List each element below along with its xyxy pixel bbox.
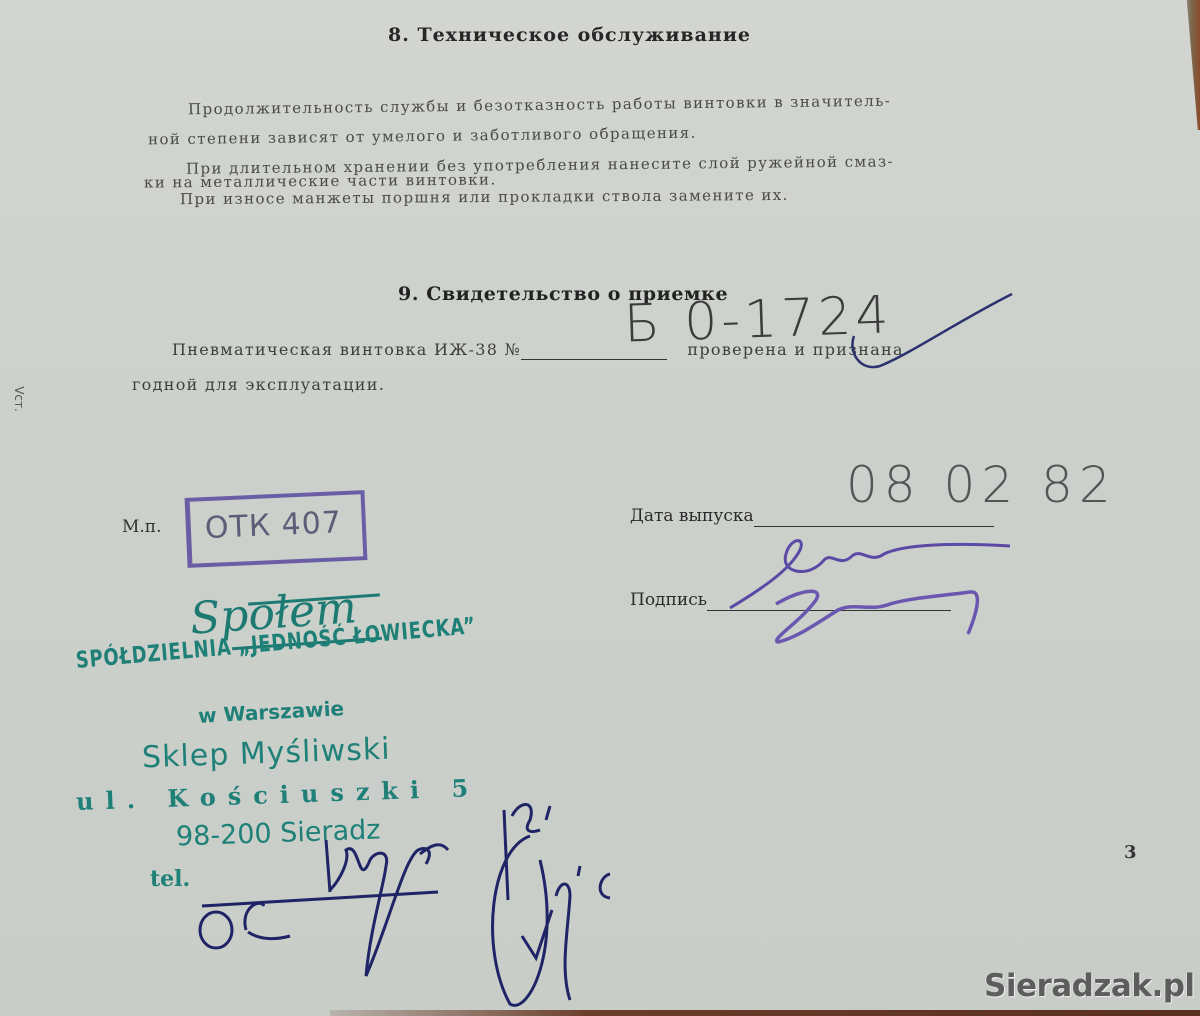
otk-stamp-text: ОТК 407 [204,505,342,546]
shop-tel-label: tel. [150,866,190,892]
signature-label-text: Подпись [630,590,707,610]
sale-date-handwriting-icon [190,780,650,1016]
check-mark-icon [840,290,1020,380]
page-edge-right [1178,0,1200,130]
section8-title: 8. Техническое обслуживание [388,24,751,46]
section8-line-1: Продолжительность службы и безотказность… [188,92,891,119]
otk-stamp: ОТК 407 [185,490,368,568]
stamp-place-label: М.п. [122,517,162,537]
document-page: Vст. 8. Техническое обслуживание Продолж… [0,0,1200,1016]
release-date-label-text: Дата выпуска [630,506,754,526]
section8-line-5: При износе манжеты поршня или прокладки … [180,186,789,208]
shop-name: Sklep Myśliwski [141,732,391,776]
acceptance-line-2: годной для эксплуатации. [132,375,385,394]
cooperative-city: w Warszawie [197,696,344,728]
acceptance-prefix: Пневматическая винтовка ИЖ-38 № [172,340,521,359]
page-number: 3 [1124,842,1137,863]
section8-line-2: ной степени зависят от умелого и заботли… [148,124,697,149]
inspector-signature-icon [720,530,1020,660]
margin-mark: Vст. [12,386,26,412]
release-date-value: 08 02 82 [846,456,1117,514]
watermark: Sieradzak.pl [984,968,1195,1004]
